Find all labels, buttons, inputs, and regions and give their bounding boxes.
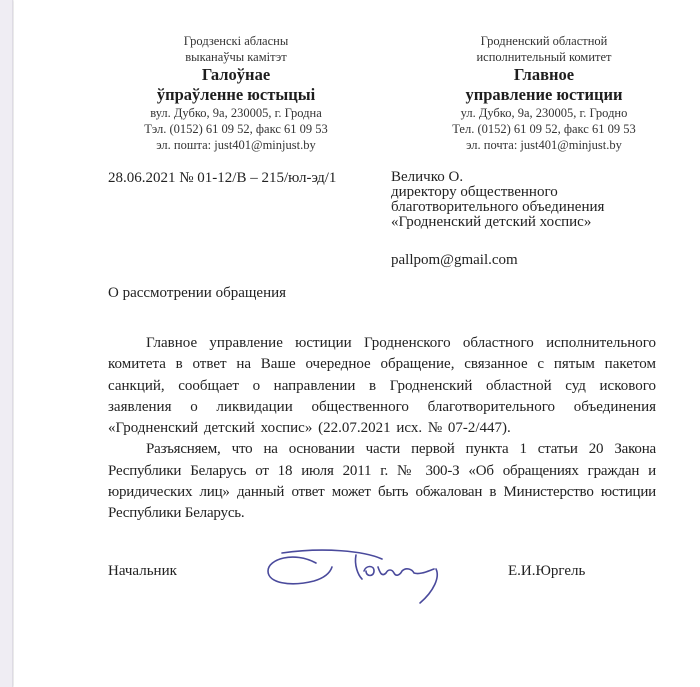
addressee-organization-name: «Гродненский детский хоспис»	[391, 215, 604, 230]
addressee-name: Величко О.	[391, 170, 604, 185]
registration-number: 28.06.2021 № 01-12/В – 215/юл-эд/1	[108, 170, 336, 187]
addressee-block: Величко О. директору общественного благо…	[391, 170, 604, 230]
letterhead-phone: Тэл. (0152) 61 09 52, факс 61 09 53	[131, 121, 341, 137]
letterhead-title1: Главное	[434, 65, 654, 85]
letterhead-address: ул. Дубко, 9а, 230005, г. Гродно	[434, 105, 654, 121]
viewer-left-edge	[0, 0, 13, 687]
document-page: Гродзенскі абласны выканаўчы камітэт Гал…	[14, 0, 700, 687]
letterhead-russian: Гродненский областной исполнительный ком…	[434, 33, 654, 153]
letter-subject: О рассмотрении обращения	[108, 285, 286, 302]
addressee-email: pallpom@gmail.com	[391, 252, 518, 269]
signatory-title: Начальник	[108, 563, 177, 580]
body-paragraph-1: Главное управление юстиции Гродненского …	[108, 333, 656, 439]
letterhead-email: эл. почта: just401@minjust.by	[434, 137, 654, 153]
letterhead-title2: управление юстиции	[434, 85, 654, 105]
letterhead-org-line2: выканаўчы камітэт	[131, 49, 341, 65]
letterhead-org-line2: исполнительный комитет	[434, 49, 654, 65]
letter-body: Главное управление юстиции Гродненского …	[108, 333, 656, 525]
letterhead-org-line1: Гродзенскі абласны	[131, 33, 341, 49]
letterhead-title2: ўпраўленне юстыцыі	[131, 85, 341, 105]
letterhead-title1: Галоўнае	[131, 65, 341, 85]
letterhead-org-line1: Гродненский областной	[434, 33, 654, 49]
letterhead-address: вул. Дубко, 9а, 230005, г. Гродна	[131, 105, 341, 121]
addressee-organization: благотворительного объединения	[391, 200, 604, 215]
signatory-name: Е.И.Юргель	[508, 563, 585, 580]
handwritten-signature	[254, 545, 454, 615]
letterhead-phone: Тел. (0152) 61 09 52, факс 61 09 53	[434, 121, 654, 137]
body-paragraph-2: Разъясняем, что на основании части перво…	[108, 439, 656, 524]
addressee-position: директору общественного	[391, 185, 604, 200]
letterhead-email: эл. пошта: just401@minjust.by	[131, 137, 341, 153]
letterhead-belarusian: Гродзенскі абласны выканаўчы камітэт Гал…	[131, 33, 341, 153]
